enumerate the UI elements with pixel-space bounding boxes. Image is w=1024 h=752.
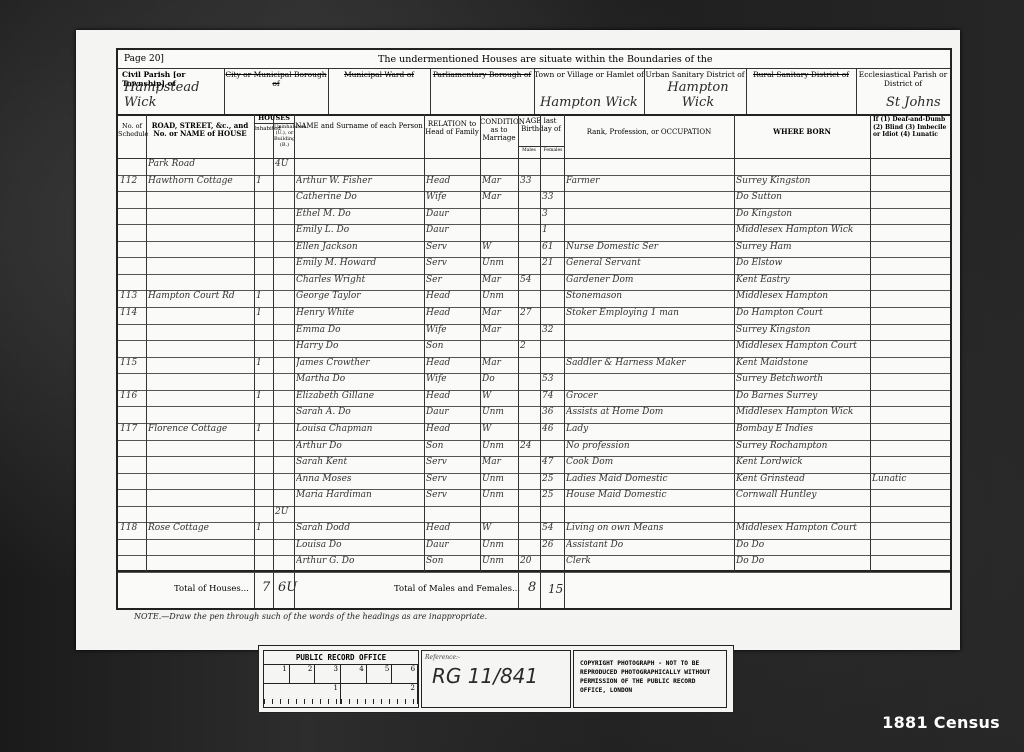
relation-cell: Serv — [426, 474, 479, 484]
age-female-cell: 46 — [542, 424, 563, 434]
col-occupation: Rank, Profession, or OCCUPATION — [564, 114, 735, 158]
where-born-cell: Middlesex Hampton Wick — [736, 225, 869, 235]
road-cell: Hawthorn Cottage — [148, 176, 253, 186]
where-born-cell: Do Kingston — [736, 209, 869, 219]
inhabited-cell: 1 — [256, 176, 272, 186]
where-born-cell: Do Barnes Surrey — [736, 391, 869, 401]
where-born-cell: Middlesex Hampton — [736, 291, 869, 301]
relation-cell: Son — [426, 341, 479, 351]
relation-cell: Serv — [426, 258, 479, 268]
grid-line — [734, 114, 735, 572]
relation-cell: Head — [426, 291, 479, 301]
ruler-mark: 6 — [392, 665, 418, 683]
age-female-cell: 1 — [542, 225, 563, 235]
municipal-ward-cell: Municipal Ward of — [328, 68, 431, 114]
name-cell: Ellen Jackson — [296, 242, 423, 252]
table-row: Ellen JacksonServW61Nurse Domestic SerSu… — [118, 241, 950, 259]
civil-parish-cell: Civil Parish [or Township] of Hampstead … — [118, 68, 225, 114]
urban-sanitary-cell: Urban Sanitary District of Hampton Wick — [644, 68, 747, 114]
name-cell: Henry White — [296, 308, 423, 318]
condition-cell: Unm — [482, 474, 517, 484]
where-born-cell: Middlesex Hampton Wick — [736, 407, 869, 417]
relation-cell: Head — [426, 358, 479, 368]
name-cell: Emily L. Do — [296, 225, 423, 235]
occupation-cell: House Maid Domestic — [566, 490, 733, 500]
occupation-cell: Clerk — [566, 556, 733, 566]
where-born-cell: Surrey Kingston — [736, 176, 869, 186]
name-cell: Louisa Do — [296, 540, 423, 550]
infirmity-cell: Lunatic — [872, 474, 949, 484]
condition-cell: W — [482, 242, 517, 252]
name-cell: Catherine Do — [296, 192, 423, 202]
urban-sanitary-value: Hampton Wick — [650, 80, 746, 110]
total-houses-label: Total of Houses... — [174, 584, 249, 594]
relation-cell: Daur — [426, 540, 479, 550]
age-male-cell: 33 — [520, 176, 539, 186]
location-row: Civil Parish [or Township] of Hampstead … — [118, 68, 950, 116]
col-schedule: No. of Schedule — [118, 114, 147, 158]
relation-cell: Serv — [426, 242, 479, 252]
name-cell: Arthur W. Fisher — [296, 176, 423, 186]
table-row: 1161Elizabeth GillaneHeadW74GrocerDo Bar… — [118, 390, 950, 408]
name-cell: Emma Do — [296, 325, 423, 335]
ruler-mark: 2 — [290, 665, 316, 683]
table-row: Louisa DoDaurUnm26Assistant DoDo Do — [118, 539, 950, 557]
age-female-cell: 36 — [542, 407, 563, 417]
relation-cell: Ser — [426, 275, 479, 285]
schedule-cell: 116 — [120, 391, 145, 401]
table-row: 2U — [118, 506, 950, 524]
civil-parish-value: Hampstead Wick — [124, 80, 224, 110]
name-cell: Sarah Kent — [296, 457, 423, 467]
name-cell: Sarah Dodd — [296, 523, 423, 533]
condition-cell: Mar — [482, 358, 517, 368]
pro-ruler-box: PUBLIC RECORD OFFICE 123456 12 — [263, 650, 419, 708]
condition-cell: W — [482, 523, 517, 533]
grid-line — [870, 114, 871, 572]
age-female-cell: 61 — [542, 242, 563, 252]
where-born-cell: Do Do — [736, 556, 869, 566]
age-female-cell: 74 — [542, 391, 563, 401]
census-table-body: Park Road4U112Hawthorn Cottage1Arthur W.… — [118, 158, 950, 572]
ruler-mark: 1 — [264, 665, 290, 683]
condition-cell: Unm — [482, 441, 517, 451]
totals-row: Total of Houses... 7 6U Total of Males a… — [118, 570, 950, 608]
relation-cell: Wife — [426, 374, 479, 384]
table-row: Ethel M. DoDaur3Do Kingston — [118, 208, 950, 226]
table-row: Anna MosesServUnm25Ladies Maid DomesticK… — [118, 473, 950, 491]
where-born-cell: Do Do — [736, 540, 869, 550]
table-row: Catherine DoWifeMar33Do Sutton — [118, 191, 950, 209]
name-cell: Maria Hardiman — [296, 490, 423, 500]
col-relation: RELATION to Head of Family — [424, 114, 481, 158]
where-born-cell: Surrey Kingston — [736, 325, 869, 335]
inhabited-cell: 1 — [256, 308, 272, 318]
where-born-cell: Kent Maidstone — [736, 358, 869, 368]
col-condition: CONDITION as to Marriage — [480, 114, 519, 158]
where-born-cell: Kent Lordwick — [736, 457, 869, 467]
age-female-cell: 54 — [542, 523, 563, 533]
occupation-cell: No profession — [566, 441, 733, 451]
relation-cell: Head — [426, 176, 479, 186]
ecclesiastical-value: St Johns — [886, 95, 941, 110]
age-male-cell: 54 — [520, 275, 539, 285]
total-females: 15 — [548, 582, 563, 596]
relation-cell: Head — [426, 391, 479, 401]
condition-cell: Unm — [482, 540, 517, 550]
road-cell: Rose Cottage — [148, 523, 253, 533]
where-born-cell: Surrey Ham — [736, 242, 869, 252]
inhabited-cell: 1 — [256, 391, 272, 401]
where-born-cell: Bombay E Indies — [736, 424, 869, 434]
grid-line — [480, 114, 481, 572]
road-cell: Florence Cottage — [148, 424, 253, 434]
public-record-office-label: PUBLIC RECORD OFFICE 123456 12 Reference… — [258, 645, 734, 713]
grid-line — [294, 114, 295, 572]
where-born-cell: Do Sutton — [736, 192, 869, 202]
reference-box: Reference:- RG 11/841 — [421, 650, 571, 708]
inhabited-cell: 1 — [256, 424, 272, 434]
col-houses: HOUSES Inhabited Uninhabited (U.), or Bu… — [254, 114, 295, 158]
table-row: Sarah A. DoDaurUnm36Assists at Home DomM… — [118, 406, 950, 424]
name-cell: Louisa Chapman — [296, 424, 423, 434]
inhabited-cell: 1 — [256, 523, 272, 533]
age-female-cell: 33 — [542, 192, 563, 202]
uninhabited-cell: 4U — [275, 159, 293, 169]
occupation-cell: Ladies Maid Domestic — [566, 474, 733, 484]
ruler-mark: 2 — [341, 684, 418, 704]
relation-cell: Son — [426, 556, 479, 566]
age-female-cell: 26 — [542, 540, 563, 550]
name-cell: George Taylor — [296, 291, 423, 301]
census-page: Page 20] The undermentioned Houses are s… — [76, 30, 960, 650]
ruler-mark: 4 — [341, 665, 367, 683]
condition-cell: Mar — [482, 457, 517, 467]
sheet-title: The undermentioned Houses are situate wi… — [378, 54, 713, 65]
grid-line — [146, 114, 147, 572]
town-value: Hampton Wick — [540, 95, 638, 110]
age-male-cell: 20 — [520, 556, 539, 566]
grid-line — [273, 114, 274, 572]
footnote: NOTE.—Draw the pen through such of the w… — [134, 612, 487, 621]
occupation-cell: Grocer — [566, 391, 733, 401]
condition-cell: Mar — [482, 308, 517, 318]
table-row: Park Road4U — [118, 158, 950, 176]
table-row: Emily M. HowardServUnm21General ServantD… — [118, 257, 950, 275]
name-cell: Anna Moses — [296, 474, 423, 484]
where-born-cell: Do Elstow — [736, 258, 869, 268]
where-born-cell: Kent Eastry — [736, 275, 869, 285]
condition-cell: W — [482, 391, 517, 401]
occupation-cell: Nurse Domestic Ser — [566, 242, 733, 252]
schedule-cell: 115 — [120, 358, 145, 368]
age-female-cell: 25 — [542, 490, 563, 500]
condition-cell: W — [482, 424, 517, 434]
total-persons-label: Total of Males and Females... — [394, 584, 520, 594]
relation-cell: Daur — [426, 225, 479, 235]
col-infirmity: If (1) Deaf-and-Dumb (2) Blind (3) Imbec… — [870, 114, 953, 158]
relation-cell: Daur — [426, 209, 479, 219]
occupation-cell: Living on own Means — [566, 523, 733, 533]
name-cell: Martha Do — [296, 374, 423, 384]
grid-line — [540, 114, 541, 572]
table-row: 113Hampton Court Rd1George TaylorHeadUnm… — [118, 290, 950, 308]
name-cell: Arthur Do — [296, 441, 423, 451]
relation-cell: Wife — [426, 192, 479, 202]
inhabited-cell: 1 — [256, 291, 272, 301]
inhabited-cell: 1 — [256, 358, 272, 368]
name-cell: Emily M. Howard — [296, 258, 423, 268]
condition-cell: Unm — [482, 407, 517, 417]
column-headers: No. of Schedule ROAD, STREET, &c., and N… — [118, 114, 950, 159]
occupation-cell: General Servant — [566, 258, 733, 268]
col-age: AGE last Birthday of Males Females — [518, 114, 565, 158]
occupation-cell: Assists at Home Dom — [566, 407, 733, 417]
condition-cell: Unm — [482, 556, 517, 566]
uninhabited-cell: 2U — [275, 507, 293, 517]
age-female-cell: 21 — [542, 258, 563, 268]
table-row: Arthur DoSonUnm24No professionSurrey Roc… — [118, 440, 950, 458]
road-cell: Hampton Court Rd — [148, 291, 253, 301]
where-born-cell: Surrey Betchworth — [736, 374, 869, 384]
relation-cell: Daur — [426, 407, 479, 417]
where-born-cell: Cornwall Huntley — [736, 490, 869, 500]
table-row: Emma DoWifeMar32Surrey Kingston — [118, 324, 950, 342]
occupation-cell: Lady — [566, 424, 733, 434]
relation-cell: Son — [426, 441, 479, 451]
relation-cell: Head — [426, 523, 479, 533]
occupation-cell: Saddler & Harness Maker — [566, 358, 733, 368]
relation-cell: Serv — [426, 490, 479, 500]
town-village-cell: Town or Village or Hamlet of Hampton Wic… — [534, 68, 645, 114]
condition-cell: Mar — [482, 325, 517, 335]
grid-line — [564, 114, 565, 572]
relation-cell: Wife — [426, 325, 479, 335]
table-row: Sarah KentServMar47Cook DomKent Lordwick — [118, 456, 950, 474]
table-row: Harry DoSon2Middlesex Hampton Court — [118, 340, 950, 358]
reference-number: RG 11/841 — [422, 664, 570, 688]
grid-line — [518, 114, 519, 572]
condition-cell: Unm — [482, 490, 517, 500]
name-cell: Elizabeth Gillane — [296, 391, 423, 401]
schedule-cell: 118 — [120, 523, 145, 533]
relation-cell: Head — [426, 308, 479, 318]
table-row: Emily L. DoDaur1Middlesex Hampton Wick — [118, 224, 950, 242]
where-born-cell: Surrey Rochampton — [736, 441, 869, 451]
occupation-cell: Assistant Do — [566, 540, 733, 550]
ecclesiastical-parish-cell: Ecclesiastical Parish or District of St … — [856, 68, 950, 114]
where-born-cell: Do Hampton Court — [736, 308, 869, 318]
col-name: NAME and Surname of each Person — [294, 114, 425, 158]
ruler-mark: 5 — [367, 665, 393, 683]
relation-cell: Head — [426, 424, 479, 434]
col-road: ROAD, STREET, &c., and No. or NAME of HO… — [146, 114, 255, 158]
table-row: Charles WrightSerMar54Gardener DomKent E… — [118, 274, 950, 292]
condition-cell: Unm — [482, 258, 517, 268]
col-where-born: WHERE BORN — [734, 114, 871, 158]
total-males: 8 — [528, 580, 536, 595]
total-inhabited: 7 — [262, 580, 270, 595]
ruler-mark: 3 — [315, 665, 341, 683]
name-cell: James Crowther — [296, 358, 423, 368]
ruler-mark: 1 — [264, 684, 341, 704]
municipal-borough-cell: City or Municipal Borough of — [224, 68, 329, 114]
age-female-cell: 25 — [542, 474, 563, 484]
condition-cell: Mar — [482, 176, 517, 186]
age-female-cell: 47 — [542, 457, 563, 467]
schedule-cell: 117 — [120, 424, 145, 434]
schedule-cell: 113 — [120, 291, 145, 301]
table-row: 118Rose Cottage1Sarah DoddHeadW54Living … — [118, 522, 950, 540]
age-male-cell: 27 — [520, 308, 539, 318]
table-row: Martha DoWifeDo53Surrey Betchworth — [118, 373, 950, 391]
occupation-cell: Cook Dom — [566, 457, 733, 467]
occupation-cell: Gardener Dom — [566, 275, 733, 285]
watermark: 1881 Census — [882, 713, 1000, 732]
name-cell: Harry Do — [296, 341, 423, 351]
schedule-cell: 112 — [120, 176, 145, 186]
name-cell: Ethel M. Do — [296, 209, 423, 219]
condition-cell: Mar — [482, 192, 517, 202]
condition-cell: Mar — [482, 275, 517, 285]
age-female-cell: 32 — [542, 325, 563, 335]
age-male-cell: 24 — [520, 441, 539, 451]
name-cell: Arthur G. Do — [296, 556, 423, 566]
table-row: Maria HardimanServUnm25House Maid Domest… — [118, 489, 950, 507]
name-cell: Sarah A. Do — [296, 407, 423, 417]
condition-cell: Unm — [482, 291, 517, 301]
occupation-cell: Stoker Employing 1 man — [566, 308, 733, 318]
census-sheet: Page 20] The undermentioned Houses are s… — [116, 48, 952, 610]
table-row: 112Hawthorn Cottage1Arthur W. FisherHead… — [118, 175, 950, 193]
page-number: Page 20] — [124, 54, 164, 64]
grid-line — [424, 114, 425, 572]
table-row: 1141Henry WhiteHeadMar27Stoker Employing… — [118, 307, 950, 325]
table-row: 117Florence Cottage1Louisa ChapmanHeadW4… — [118, 423, 950, 441]
where-born-cell: Middlesex Hampton Court — [736, 341, 869, 351]
sheet-header: Page 20] The undermentioned Houses are s… — [118, 50, 950, 69]
where-born-cell: Middlesex Hampton Court — [736, 523, 869, 533]
age-female-cell: 53 — [542, 374, 563, 384]
schedule-cell: 114 — [120, 308, 145, 318]
age-female-cell: 3 — [542, 209, 563, 219]
rural-sanitary-cell: Rural Sanitary District of — [746, 68, 857, 114]
copyright-notice: COPYRIGHT PHOTOGRAPH - NOT TO BE REPRODU… — [573, 650, 727, 708]
age-male-cell: 2 — [520, 341, 539, 351]
where-born-cell: Kent Grinstead — [736, 474, 869, 484]
relation-cell: Serv — [426, 457, 479, 467]
name-cell: Charles Wright — [296, 275, 423, 285]
road-cell: Park Road — [148, 159, 253, 169]
condition-cell: Do — [482, 374, 517, 384]
table-row: 1151James CrowtherHeadMarSaddler & Harne… — [118, 357, 950, 375]
occupation-cell: Farmer — [566, 176, 733, 186]
parliamentary-borough-cell: Parliamentary Borough of — [430, 68, 535, 114]
grid-line — [254, 114, 255, 572]
occupation-cell: Stonemason — [566, 291, 733, 301]
